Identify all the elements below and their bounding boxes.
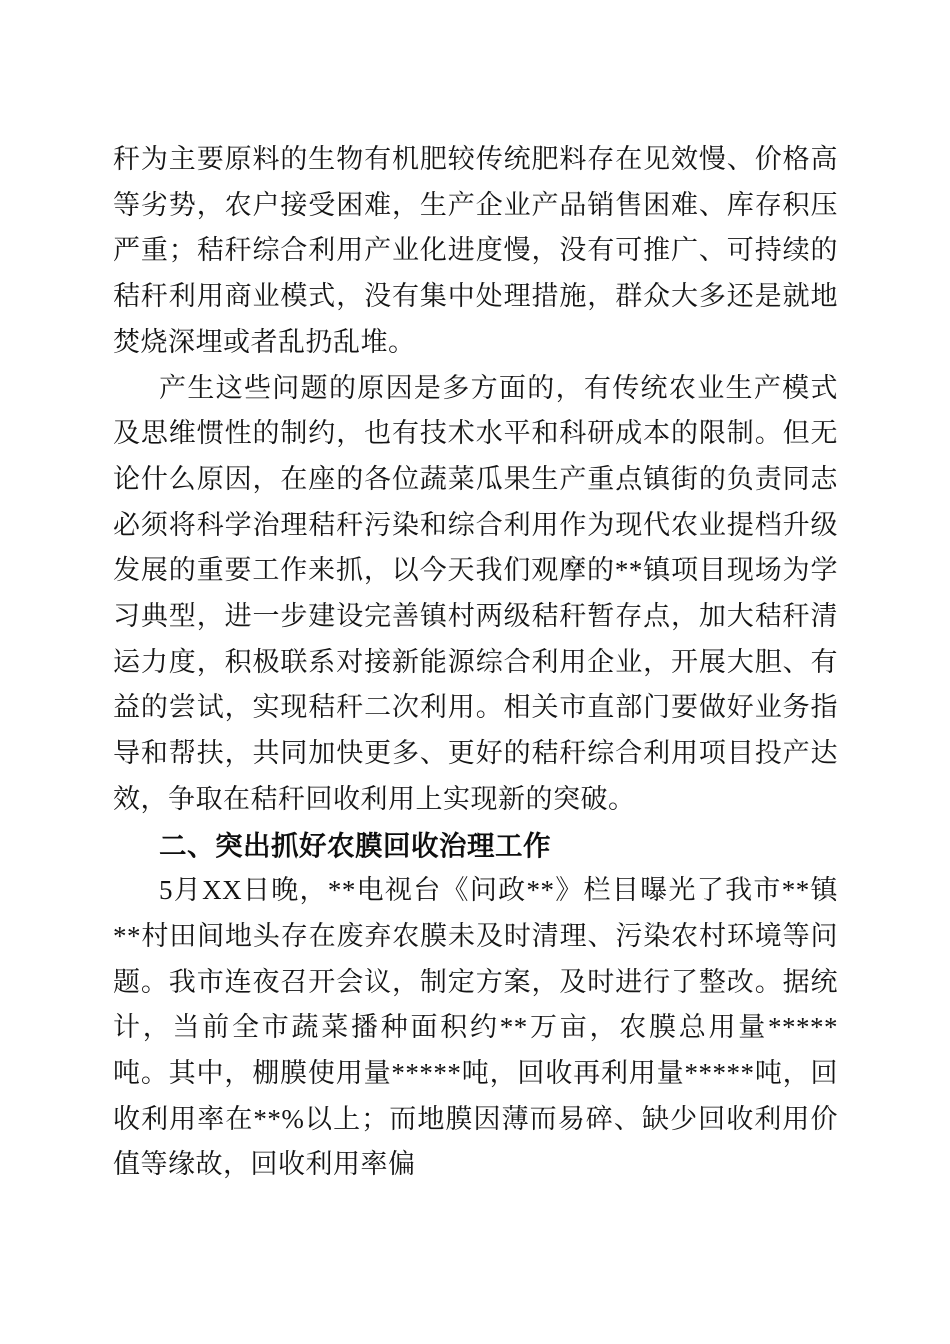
paragraph: 产生这些问题的原因是多方面的，有传统农业生产模式及思维惯性的制约，也有技术水平和… [113,366,838,823]
document-body: 秆为主要原料的生物有机肥较传统肥料存在见效慢、价格高等劣势，农户接受困难，生产企… [113,137,838,1188]
paragraph-continuation: 秆为主要原料的生物有机肥较传统肥料存在见效慢、价格高等劣势，农户接受困难，生产企… [113,137,838,366]
section-heading: 二、突出抓好农膜回收治理工作 [113,823,838,869]
document-page: 秆为主要原料的生物有机肥较传统肥料存在见效慢、价格高等劣势，农户接受困难，生产企… [0,0,950,1344]
paragraph: 5月XX日晚，**电视台《问政**》栏目曝光了我市**镇**村田间地头存在废弃农… [113,868,838,1188]
